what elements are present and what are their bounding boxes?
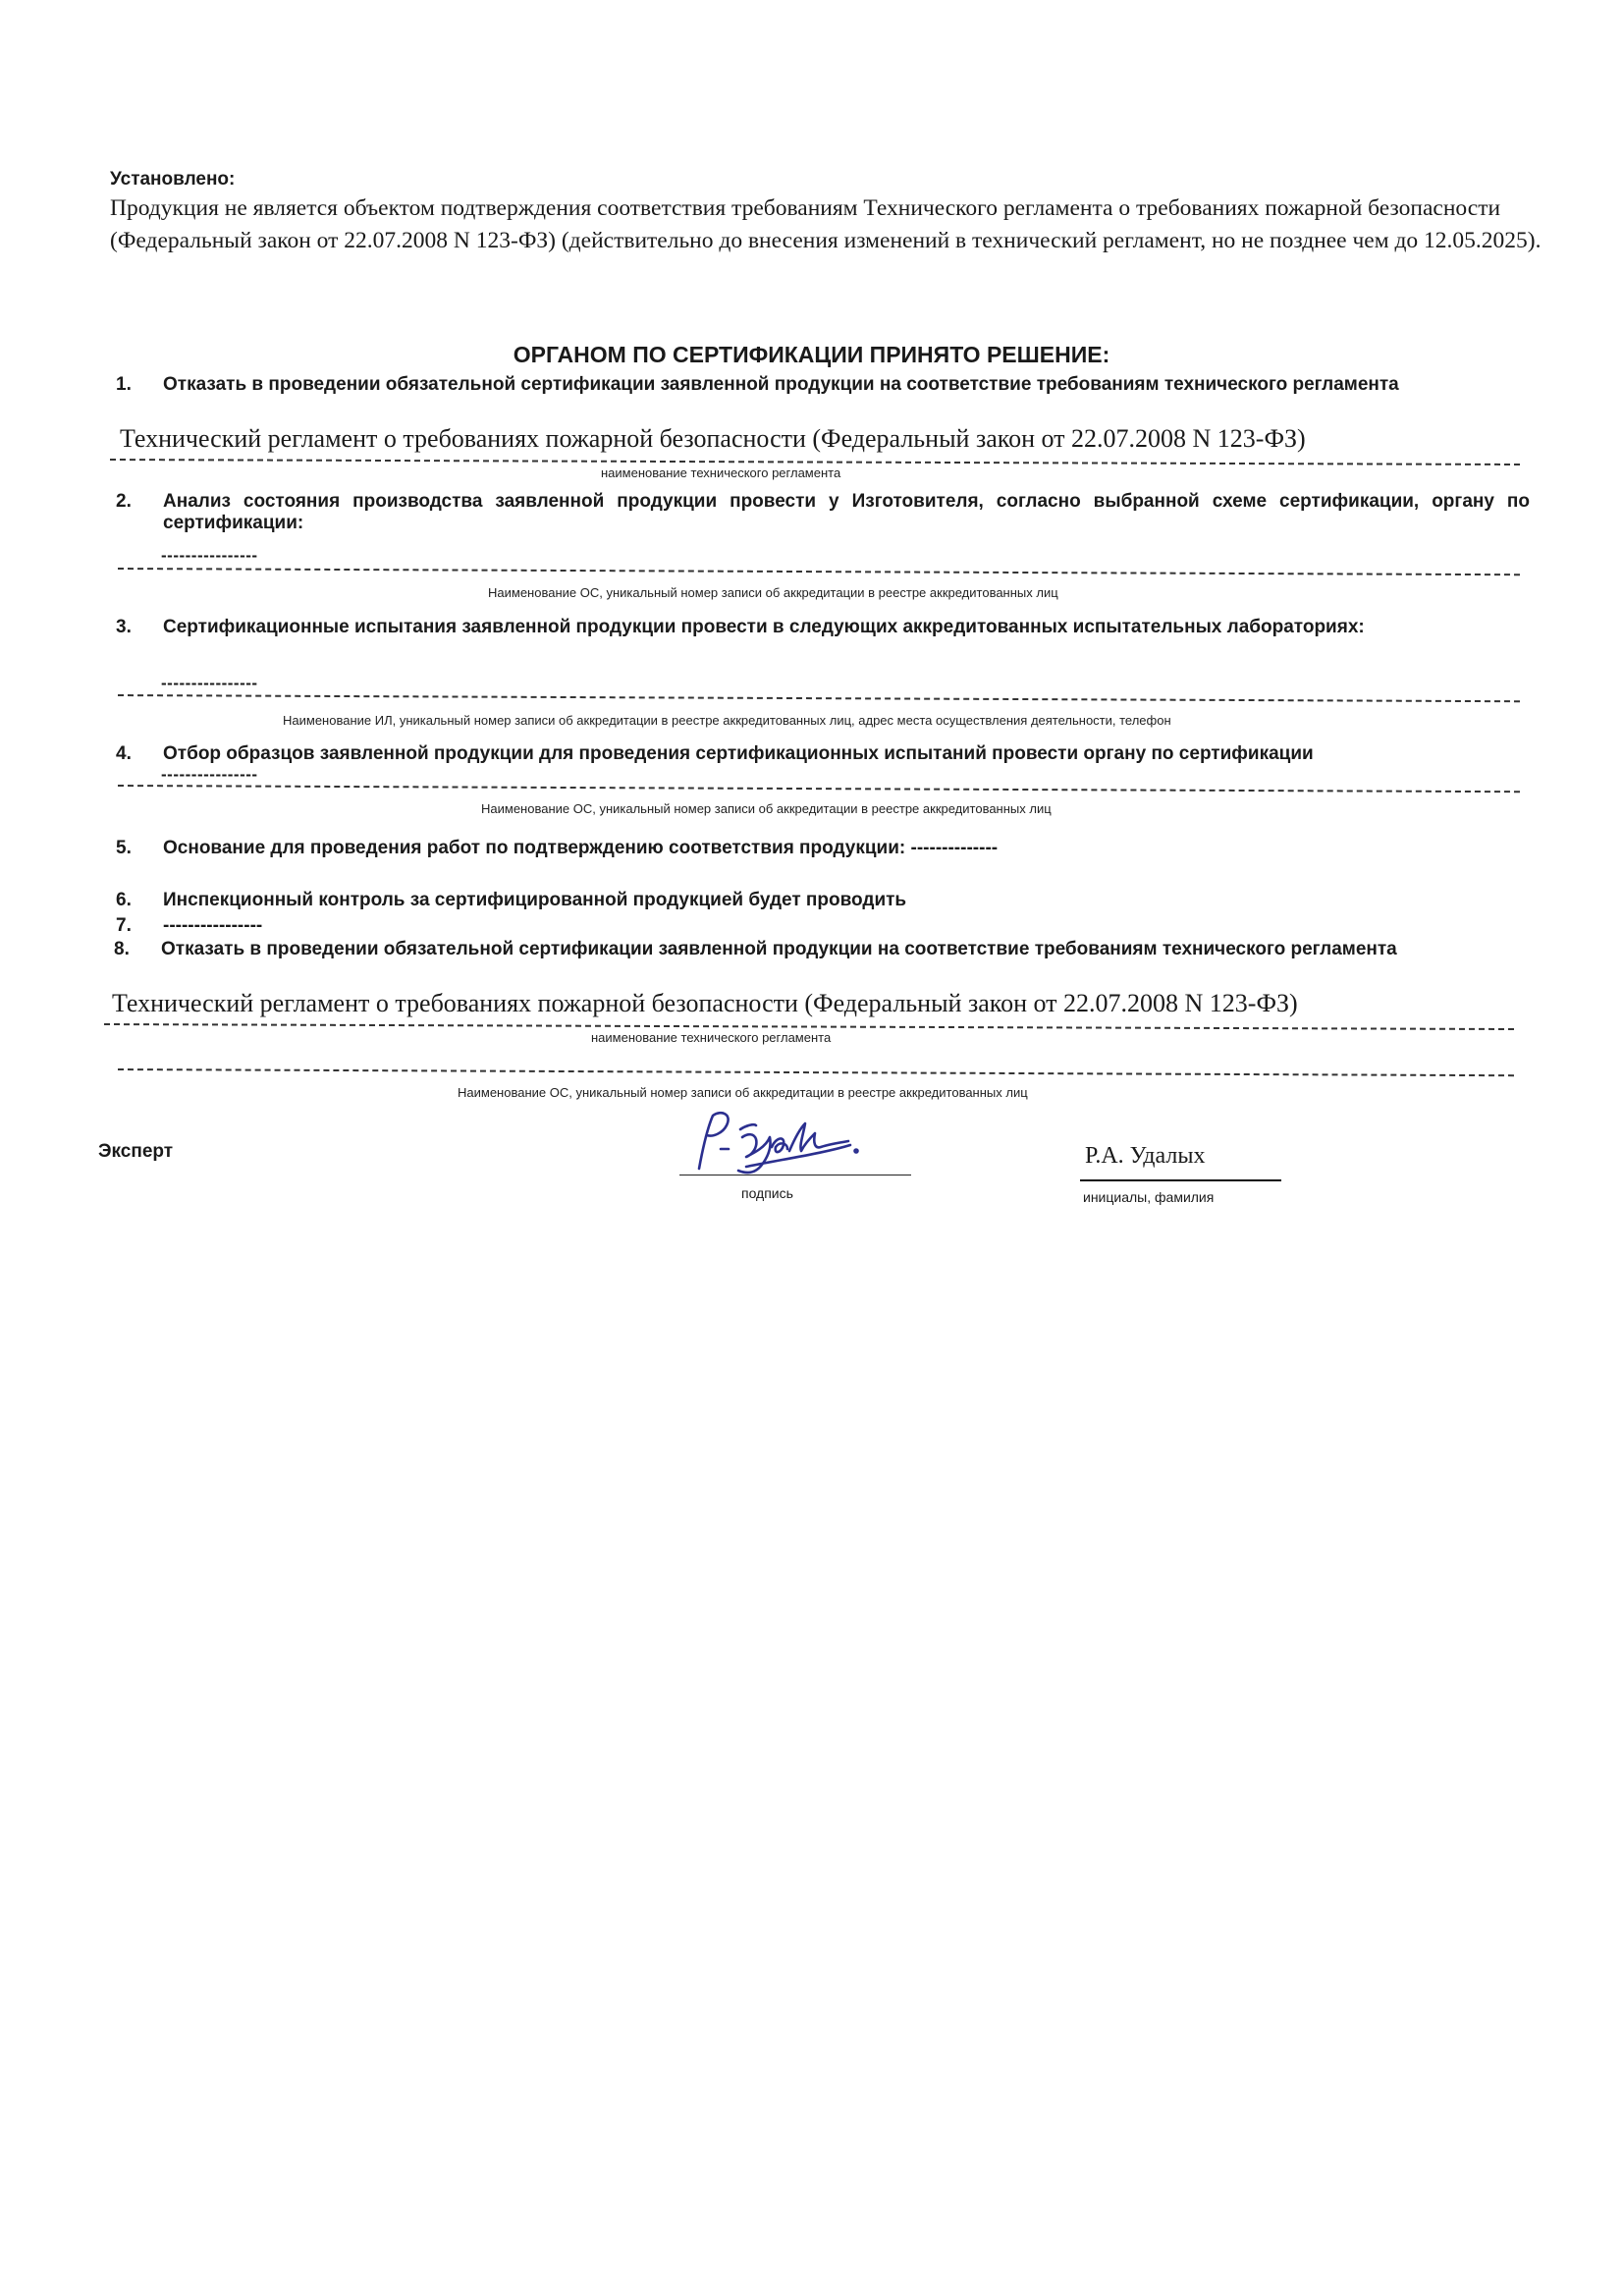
certification-decision-page: Установлено: Продукция не является объек… [0,0,1623,2296]
name-caption: инициалы, фамилия [1083,1189,1214,1205]
item-number: 1. [116,374,132,396]
item-4-caption: Наименование ОС, уникальный номер записи… [481,801,1052,816]
item-number: 7. [116,915,132,937]
item-number: 5. [116,838,132,859]
item-number: 4. [116,743,132,765]
item-3-caption: Наименование ИЛ, уникальный номер записи… [283,713,1171,728]
item-3-fill-placeholder: ---------------- [161,674,258,693]
item-text: Отказать в проведении обязательной серти… [163,374,1530,396]
decision-heading: ОРГАНОМ ПО СЕРТИФИКАЦИИ ПРИНЯТО РЕШЕНИЕ: [0,342,1623,368]
item-text: Инспекционный контроль за сертифицирован… [163,890,1530,911]
item-text: Отбор образцов заявленной продукции для … [163,743,1530,765]
item-number: 6. [116,890,132,911]
signature-caption: подпись [741,1185,793,1201]
item-1-regulation-value: Технический регламент о требованиях пожа… [120,424,1306,454]
item-4-fill-placeholder: ---------------- [161,765,258,785]
item-4-dashed-line [118,785,1520,793]
item-text: Сертификационные испытания заявленной пр… [163,617,1530,638]
item-text: ---------------- [163,915,1530,937]
item-8-dashed-line [104,1023,1514,1030]
item-8-regulation-value: Технический регламент о требованиях пожа… [112,989,1298,1018]
item-2-dashed-line [118,568,1520,575]
established-label: Установлено: [110,169,235,191]
signature-line [679,1175,911,1175]
item-number: 2. [116,491,132,513]
expert-name: Р.А. Удалых [1085,1143,1205,1170]
item-number: 8. [114,939,130,960]
item-2-caption: Наименование ОС, уникальный номер записи… [488,585,1058,600]
expert-label: Эксперт [98,1141,173,1163]
item-8-second-caption: Наименование ОС, уникальный номер записи… [458,1085,1028,1100]
item-8-caption: наименование технического регламента [591,1030,831,1045]
item-1-dashed-line [110,459,1520,465]
item-3-dashed-line [118,694,1520,702]
handwritten-signature [677,1108,913,1178]
item-1-caption: наименование технического регламента [601,465,840,480]
established-text: Продукция не является объектом подтвержд… [110,192,1543,257]
item-text: Основание для проведения работ по подтве… [163,838,1530,859]
item-number: 3. [116,617,132,638]
item-text: Анализ состояния производства заявленной… [163,491,1530,534]
item-8-second-dashed-line [118,1068,1514,1076]
item-2-fill-placeholder: ---------------- [161,546,258,566]
item-text: Отказать в проведении обязательной серти… [161,939,1528,960]
name-line [1080,1179,1281,1181]
